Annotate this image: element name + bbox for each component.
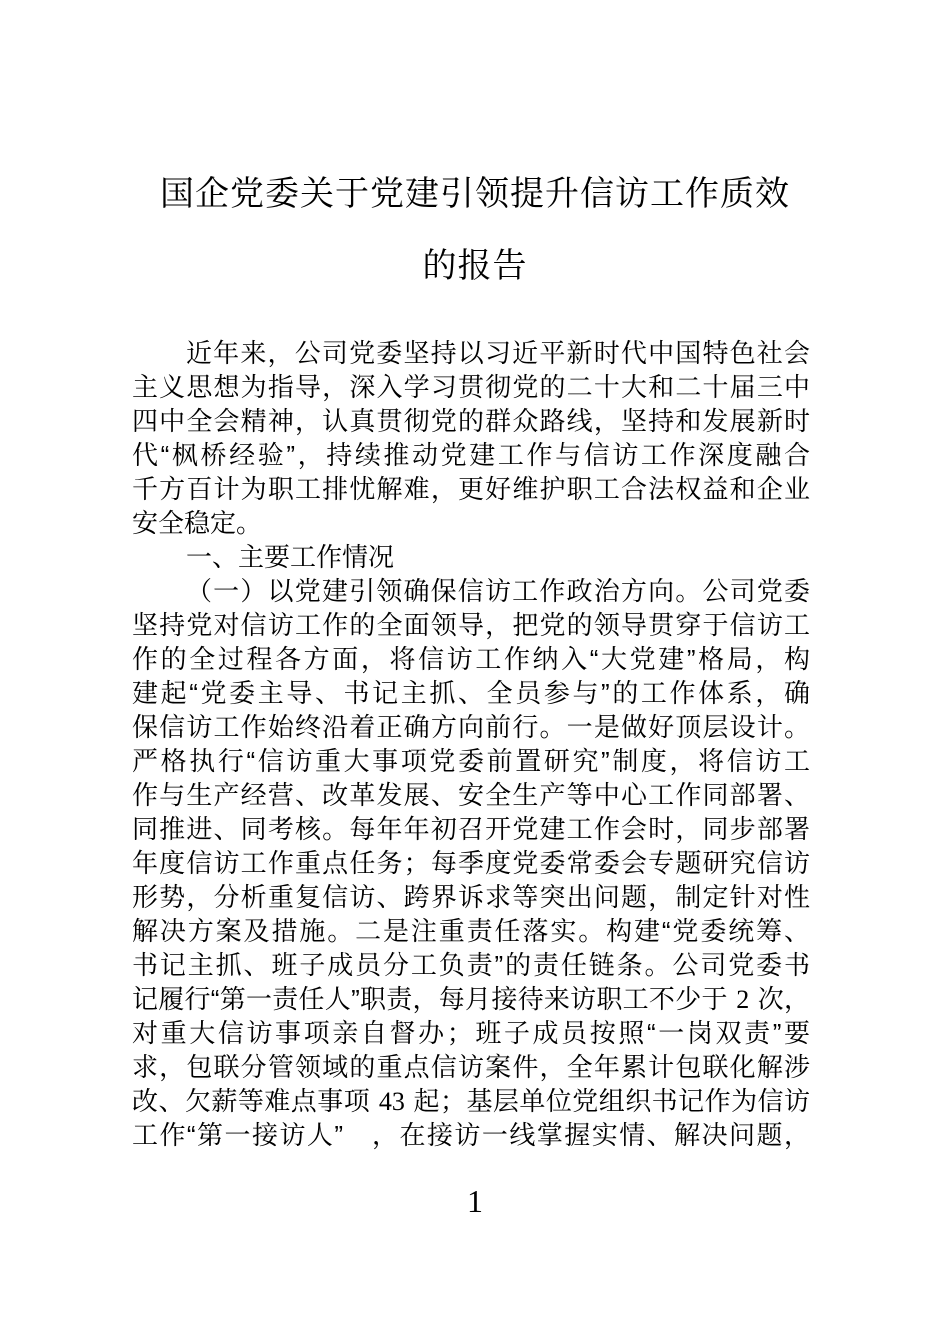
body-line: 书记主抓、班子成员分工负责”的责任链条。公司党委书 [132, 948, 810, 982]
page-number: 1 [0, 1181, 950, 1221]
body-line: 形势，分析重复信访、跨界诉求等突出问题，制定针对性 [132, 880, 810, 914]
body-line: 严格执行“信访重大事项党委前置研究”制度，将信访工 [132, 744, 810, 778]
body-line: 对重大信访事项亲自督办；班子成员按照“一岗双责”要 [132, 1016, 810, 1050]
document-page: 国企党委关于党建引领提升信访工作质效 的报告 近年来，公司党委坚持以习近平新时代… [0, 0, 950, 1344]
body-line: 记履行“第一责任人”职责，每月接待来访职工不少于 2 次， [132, 982, 810, 1016]
body-text: 近年来，公司党委坚持以习近平新时代中国特色社会主义思想为指导，深入学习贯彻党的二… [132, 336, 810, 1152]
title-line-2: 的报告 [75, 230, 875, 302]
body-line: 坚持党对信访工作的全面领导，把党的领导贯穿于信访工 [132, 608, 810, 642]
body-line: 建起“党委主导、书记主抓、全员参与”的工作体系，确 [132, 676, 810, 710]
body-line: 解决方案及措施。二是注重责任落实。构建“党委统筹、 [132, 914, 810, 948]
body-line: 主义思想为指导，深入学习贯彻党的二十大和二十届三中 [132, 370, 810, 404]
numeral: 43 [378, 1087, 406, 1116]
body-line: 保信访工作始终沿着正确方向前行。一是做好顶层设计。 [132, 710, 810, 744]
body-line: 求，包联分管领域的重点信访案件，全年累计包联化解涉 [132, 1050, 810, 1084]
body-line: 工作“第一接访人” ，在接访一线掌握实情、解决问题， [132, 1118, 810, 1152]
body-line: 近年来，公司党委坚持以习近平新时代中国特色社会 [132, 336, 810, 370]
body-line: 作的全过程各方面，将信访工作纳入“大党建”格局，构 [132, 642, 810, 676]
numeral: 2 [735, 985, 750, 1014]
body-line: 安全稳定。 [132, 506, 810, 540]
body-line: 一、主要工作情况 [132, 540, 810, 574]
body-line: 四中全会精神，认真贯彻党的群众路线，坚持和发展新时 [132, 404, 810, 438]
body-line: 代“枫桥经验”，持续推动党建工作与信访工作深度融合 [132, 438, 810, 472]
title-line-1: 国企党委关于党建引领提升信访工作质效 [75, 158, 875, 230]
document-title: 国企党委关于党建引领提升信访工作质效 的报告 [75, 158, 875, 302]
body-line: 同推进、同考核。每年年初召开党建工作会时，同步部署 [132, 812, 810, 846]
body-line: （一）以党建引领确保信访工作政治方向。公司党委 [132, 574, 810, 608]
body-line: 千方百计为职工排忧解难，更好维护职工合法权益和企业 [132, 472, 810, 506]
body-line: 年度信访工作重点任务；每季度党委常委会专题研究信访 [132, 846, 810, 880]
body-line: 改、欠薪等难点事项 43 起；基层单位党组织书记作为信访 [132, 1084, 810, 1118]
body-line: 作与生产经营、改革发展、安全生产等中心工作同部署、 [132, 778, 810, 812]
